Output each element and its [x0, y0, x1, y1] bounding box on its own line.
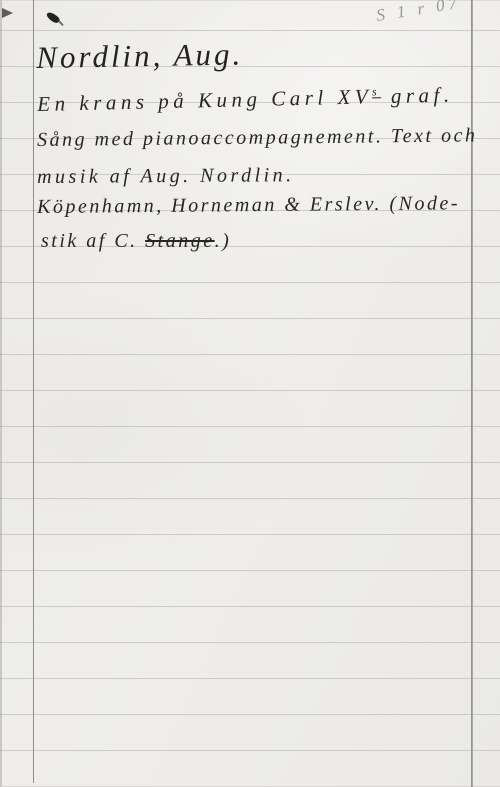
handwriting-medium-line: Sång med pianoaccompagnement. Text och: [37, 124, 478, 152]
handwriting-engraver-line: stik af C. Stange.): [41, 230, 231, 253]
handwriting-title-line: En krans på Kung Carl XVs graf.: [37, 83, 454, 117]
handwriting-publisher-line: Köpenhamn, Horneman & Erslev. (Node-: [37, 192, 460, 219]
engraver-name-struck: Stange: [145, 230, 214, 252]
corner-marker-icon: [2, 8, 13, 18]
title-text: En krans på Kung Carl XV: [37, 84, 372, 116]
left-margin-line: [33, 0, 34, 783]
catalog-card-scan: S 1 r 07 Nordlin, Aug. En krans på Kung …: [0, 0, 500, 787]
ink-blot-icon: [45, 10, 60, 24]
handwriting-medium-line-2: musik af Aug. Nordlin.: [37, 164, 295, 189]
engraver-text-end: .): [215, 230, 232, 252]
pencil-shelfmark: S 1 r 07: [375, 0, 462, 26]
title-text-end: graf.: [381, 83, 454, 109]
title-superscript: s: [372, 86, 381, 98]
right-margin-line: [471, 0, 473, 787]
engraver-text: stik af C.: [41, 230, 145, 252]
composer-name-heading: Nordlin, Aug.: [36, 36, 244, 76]
